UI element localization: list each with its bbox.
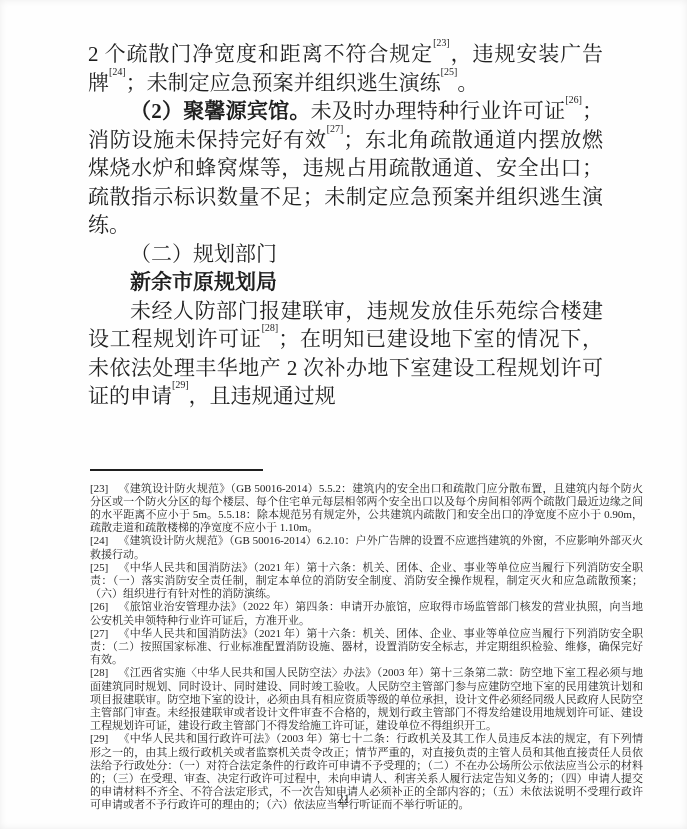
paragraph-text: 未及时办理特种行业许可证 — [311, 99, 566, 123]
footnote-ref-25: [25] — [441, 67, 458, 78]
footnote-item: [26]《旅馆业治安管理办法》（2022 年）第四条：申请开办旅馆，应取得市场监… — [90, 601, 643, 627]
paragraph-continued: 2 个疏散门净宽度和距离不符合规定[23]，违规安装广告牌[24]；未制定应急预… — [88, 40, 603, 97]
footnote-text: 《旅馆业治安管理办法》（2022 年）第四条：申请开办旅馆，应取得市场监管部门核… — [90, 601, 643, 626]
paragraph-text: ；未制定应急预案并组织逃生演练 — [126, 71, 441, 95]
footnote-marker: [24] — [90, 535, 118, 547]
footnote-text: 《中华人民共和国消防法》（2021 年）第十六条：机关、团体、企业、事业等单位应… — [90, 628, 643, 666]
footnote-ref-29: [29] — [172, 380, 189, 391]
footnote-text: 《中华人民共和国消防法》（2021 年）第十六条：机关、团体、企业、事业等单位应… — [90, 562, 643, 600]
footnote-marker: [29] — [90, 733, 118, 745]
footnote-item: [27]《中华人民共和国消防法》（2021 年）第十六条：机关、团体、企业、事业… — [90, 628, 643, 668]
footnote-separator — [90, 469, 263, 471]
body-text: 2 个疏散门净宽度和距离不符合规定[23]，违规安装广告牌[24]；未制定应急预… — [88, 40, 603, 411]
paragraph-text: 2 个疏散门净宽度和距离不符合规定 — [88, 42, 433, 66]
footnote-item: [28]《江西省实施〈中华人民共和国人民防空法〉办法》（2003 年）第十三条第… — [90, 667, 643, 733]
footnote-text: 《江西省实施〈中华人民共和国人民防空法〉办法》（2003 年）第十三条第二款：防… — [90, 667, 643, 732]
footnote-ref-23: [23] — [433, 38, 450, 49]
footnotes: [23]《建筑设计防火规范》（GB 50016-2014）5.5.2：建筑内的安… — [90, 483, 643, 813]
footnote-ref-26: [26] — [565, 95, 582, 106]
footnote-item: [23]《建筑设计防火规范》（GB 50016-2014）5.5.2：建筑内的安… — [90, 483, 643, 536]
paragraph-planning: 未经人防部门报建联审，违规发放佳乐苑综合楼建设工程规划许可证[28]；在明知已建… — [88, 297, 603, 411]
footnote-ref-24: [24] — [109, 67, 126, 78]
paragraph-lead-bold: （2）聚馨源宾馆。 — [130, 99, 311, 123]
footnote-marker: [26] — [90, 601, 118, 613]
footnote-ref-28: [28] — [262, 323, 279, 334]
document-page: 2 个疏散门净宽度和距离不符合规定[23]，违规安装广告牌[24]；未制定应急预… — [0, 0, 687, 829]
footnote-text: 《建筑设计防火规范》（GB 50016-2014）5.5.2：建筑内的安全出口和… — [90, 483, 643, 535]
page-number: 21 — [0, 791, 687, 807]
footnote-item: [24]《建筑设计防火规范》（GB 50016-2014）6.2.10：户外广告… — [90, 535, 643, 561]
footnote-ref-27: [27] — [327, 124, 344, 135]
paragraph-hotel: （2）聚馨源宾馆。未及时办理特种行业许可证[26]；消防设施未保持完好有效[27… — [88, 97, 603, 240]
paragraph-text: ，且违规通过规 — [189, 384, 336, 408]
footnote-marker: [28] — [90, 667, 118, 679]
agency-heading: 新余市原规划局 — [88, 268, 603, 297]
footnote-text: 《建筑设计防火规范》（GB 50016-2014）6.2.10：户外广告牌的设置… — [90, 535, 643, 560]
footnote-marker: [23] — [90, 483, 118, 495]
footnote-marker: [27] — [90, 628, 118, 640]
section-heading: （二）规划部门 — [88, 240, 603, 269]
footnote-item: [25]《中华人民共和国消防法》（2021 年）第十六条：机关、团体、企业、事业… — [90, 562, 643, 602]
paragraph-text: 。 — [457, 71, 478, 95]
footnote-marker: [25] — [90, 562, 118, 574]
